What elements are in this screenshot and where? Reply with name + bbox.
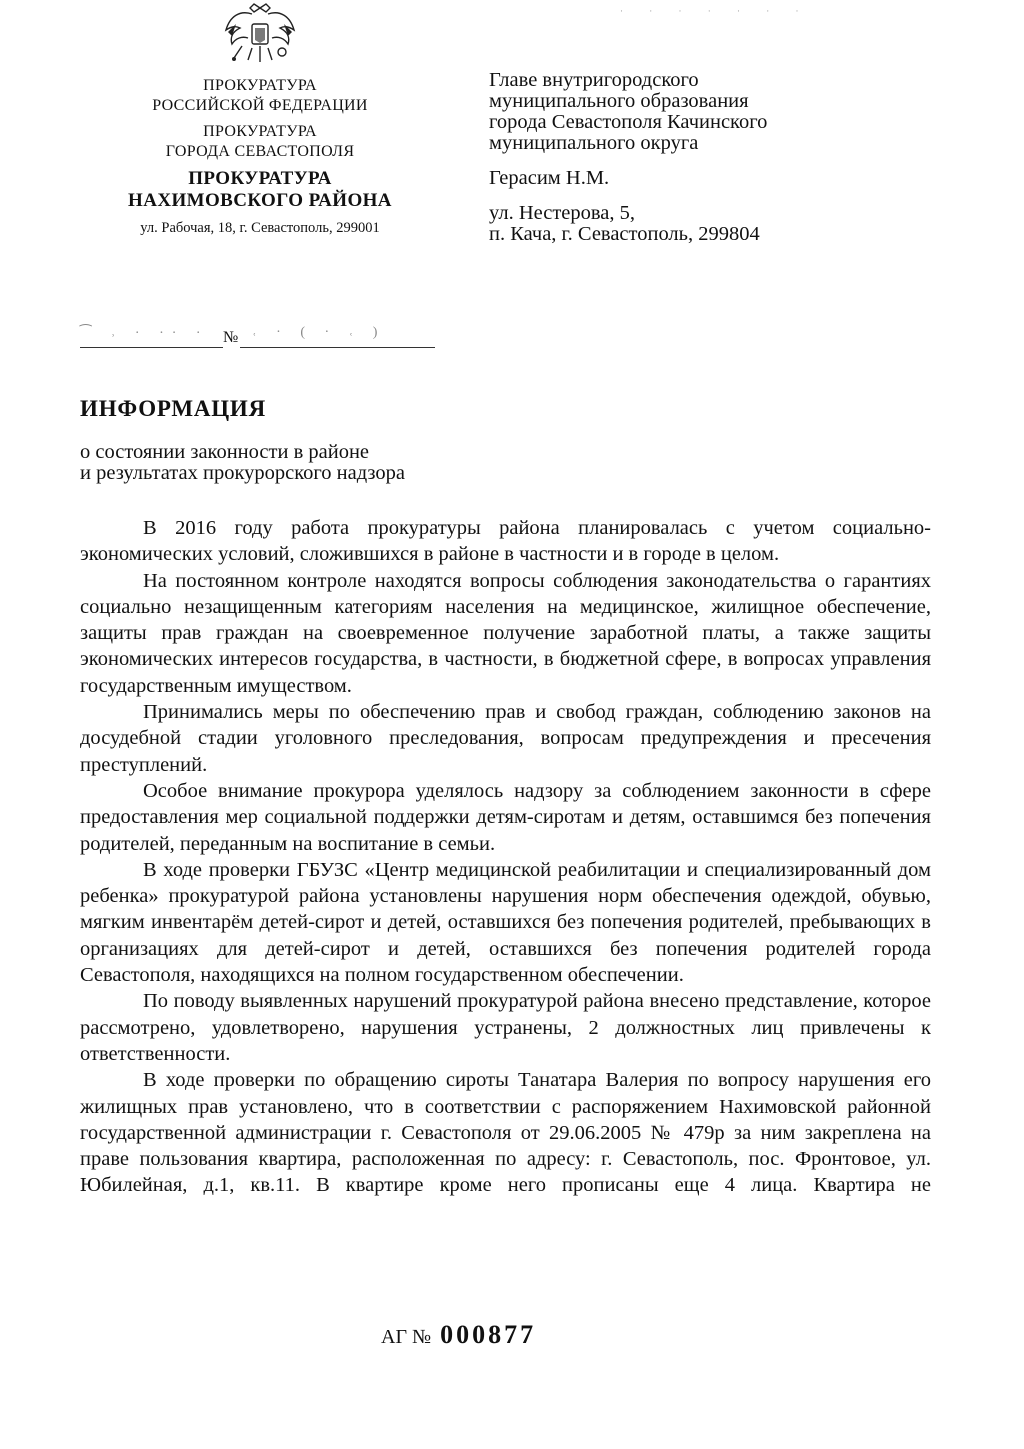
paragraph: В ходе проверки по обращению сироты Тана… — [80, 1067, 931, 1198]
paragraph: Принимались меры по обеспечению прав и с… — [80, 699, 931, 778]
sender-line: ПРОКУРАТУРА — [60, 76, 460, 96]
recipient-block: Главе внутригородского муниципального об… — [489, 70, 929, 259]
handwritten-date: ⁀ ˒ · ·· · — [80, 325, 209, 342]
handwritten-number: ˓ · ( · ˓ ) — [252, 325, 385, 341]
serial-label: АГ № — [381, 1326, 431, 1348]
subtitle-line: и результатах прокурорского надзора — [80, 463, 405, 484]
form-serial-number: АГ № 000877 — [381, 1320, 536, 1350]
document-title: ИНФОРМАЦИЯ — [80, 396, 266, 422]
paragraph: По поводу выявленных нарушений прокурату… — [80, 988, 931, 1067]
sender-address: ул. Рабочая, 18, г. Севастополь, 299001 — [60, 218, 460, 238]
recipient-address: ул. Нестерова, 5, — [489, 203, 929, 224]
recipient-line: Главе внутригородского — [489, 70, 929, 91]
paragraph: В ходе проверки ГБУЗС «Центр медицинской… — [80, 857, 931, 988]
scan-artifacts: · · · · · · · — [620, 6, 810, 16]
sender-line: РОССИЙСКОЙ ФЕДЕРАЦИИ — [60, 96, 460, 116]
recipient-address: п. Кача, г. Севастополь, 299804 — [489, 224, 929, 245]
date-underline — [80, 347, 223, 348]
subtitle-line: о состоянии законности в районе — [80, 442, 405, 463]
sender-line: ПРОКУРАТУРА — [60, 122, 460, 142]
paragraph: В 2016 году работа прокуратуры района пл… — [80, 515, 931, 568]
serial-value: 000877 — [440, 1320, 536, 1349]
sender-org-name: ПРОКУРАТУРА — [60, 168, 460, 190]
sender-block: ПРОКУРАТУРА РОССИЙСКОЙ ФЕДЕРАЦИИ ПРОКУРА… — [60, 76, 460, 238]
recipient-name: Герасим Н.М. — [489, 168, 929, 189]
document-body: В 2016 году работа прокуратуры района пл… — [80, 515, 931, 1199]
recipient-line: города Севастополя Качинского — [489, 112, 929, 133]
recipient-line: муниципального округа — [489, 133, 929, 154]
recipient-line: муниципального образования — [489, 91, 929, 112]
paragraph: Особое внимание прокурора уделялось надз… — [80, 778, 931, 857]
paragraph: На постоянном контроле находятся вопросы… — [80, 568, 931, 699]
sender-org-name: НАХИМОВСКОГО РАЙОНА — [60, 190, 460, 212]
sender-line: ГОРОДА СЕВАСТОПОЛЯ — [60, 142, 460, 162]
number-underline — [240, 347, 435, 348]
number-sign: № — [223, 329, 238, 347]
registration-line: ⁀ ˒ · ·· · № ˓ · ( · ˓ ) — [80, 325, 470, 349]
coat-of-arms-icon — [222, 2, 298, 70]
document-subtitle: о состоянии законности в районе и резуль… — [80, 442, 405, 484]
